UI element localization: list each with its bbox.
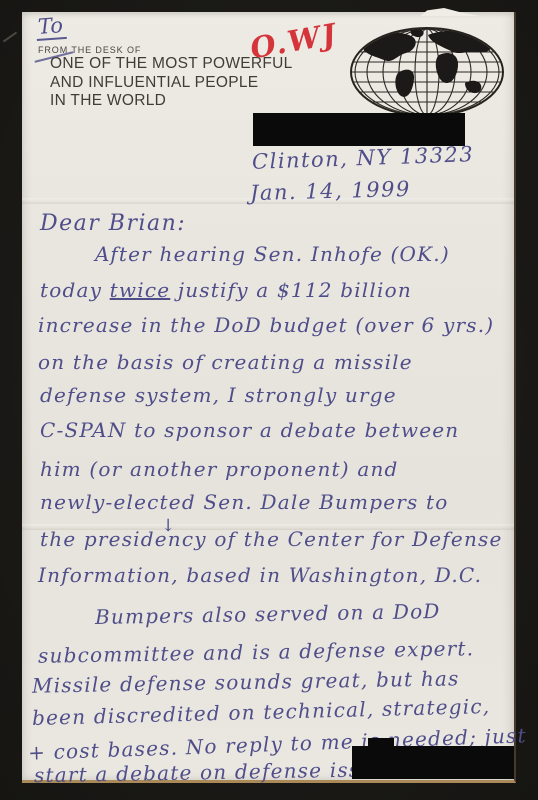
address-date-line: Jan. 14, 1999 — [250, 177, 411, 205]
globe-icon — [348, 25, 506, 119]
letter-line: today twice justify a $112 billion — [40, 278, 412, 302]
letter-line: subcommittee and is a defense expert. — [38, 636, 475, 668]
letter-line: After hearing Sen. Inhofe (OK.) — [95, 242, 450, 266]
letter-line: on the basis of creating a missile — [38, 350, 413, 374]
scratch-mark — [3, 32, 17, 43]
address-city-line: Clinton, NY 13323 — [252, 142, 475, 174]
letter-line: C-SPAN to sponsor a debate between — [40, 418, 459, 442]
letterhead-line-2: AND INFLUENTIAL PEOPLE — [50, 74, 293, 93]
letter-line: newly-elected Sen. Dale Bumpers to — [40, 490, 449, 514]
letter-line: Information, based in Washington, D.C. — [38, 563, 482, 587]
paper-corner-tear — [420, 8, 480, 16]
letter-line: start a debate on defense issues. — [34, 757, 407, 787]
to-annotation: To — [35, 13, 67, 41]
letter-line: Bumpers also served on a DoD — [95, 599, 441, 629]
letter-line: the presidency of the Center for Defense — [40, 527, 503, 551]
letter-line: increase in the DoD budget (over 6 yrs.) — [38, 313, 494, 337]
scanned-letter-photo: To FROM THE DESK OF ONE OF THE MOST POWE… — [0, 0, 538, 800]
letterhead-from-desk-of: FROM THE DESK OF — [38, 45, 141, 55]
letter-line: him (or another proponent) and — [40, 457, 399, 481]
letterhead-line-3: IN THE WORLD — [50, 92, 293, 111]
letter-line: been discredited on technical, strategic… — [32, 694, 491, 730]
redaction-bar-signature — [352, 746, 514, 779]
redaction-bar-address — [253, 113, 465, 146]
salutation: Dear Brian: — [40, 211, 186, 236]
letter-paper: To FROM THE DESK OF ONE OF THE MOST POWE… — [22, 12, 516, 783]
letter-line: Missile defense sounds great, but has — [32, 666, 460, 697]
letter-line: defense system, I strongly urge — [40, 383, 397, 407]
red-ink-annotation: O.WJ — [248, 17, 341, 66]
